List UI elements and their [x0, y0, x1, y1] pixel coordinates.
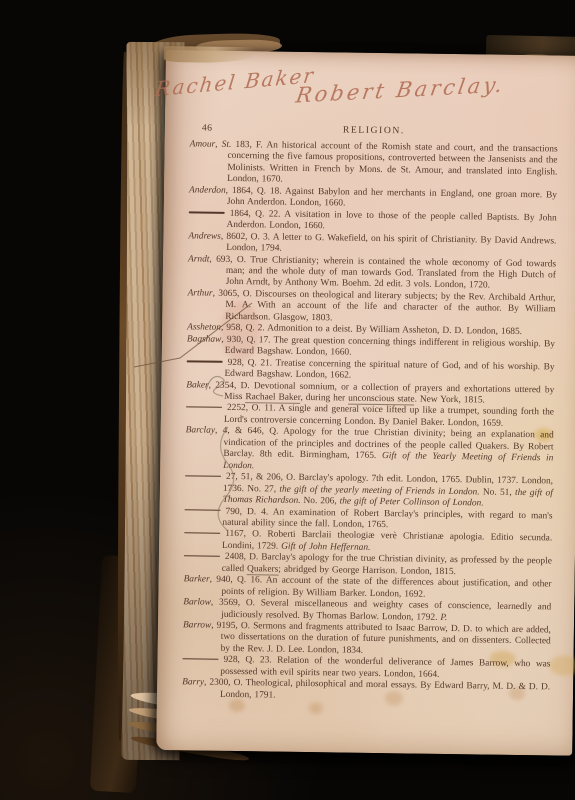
entry-text: 928, Q. 21. Treatise concerning the spir…	[224, 358, 554, 381]
printed-page-content: 46 RELIGION. Amour, St. 183, F. An histo…	[182, 122, 558, 705]
entry-text: 928, Q. 23. Relation of the wonderful de…	[220, 655, 550, 679]
entry-author: Barrow	[183, 620, 211, 630]
entry-text: , 8602, O. 3. A letter to G. Wakefield, …	[221, 231, 557, 253]
catalog-entry: Barrow, 9195, O. Sermons and fragments a…	[183, 620, 551, 659]
entry-text: , 1864, Q. 18. Against Babylon and her m…	[226, 186, 557, 209]
entry-text: 1864, Q. 22. A visitation in love to tho…	[226, 209, 556, 232]
photograph-of-book-page: 46 RELIGION. Amour, St. 183, F. An histo…	[0, 0, 575, 800]
foxing-stain	[309, 702, 323, 714]
entry-author: Arthur	[188, 288, 213, 298]
entry-text: , 930, Q. 17. The great question concern…	[221, 335, 555, 358]
entry-text: P.	[440, 612, 447, 622]
entry-text: , during her	[300, 393, 348, 404]
ditto-dash	[184, 555, 220, 557]
foxing-stain	[549, 655, 575, 675]
entry-text: ; abridged by George Harrison. London, 1…	[278, 564, 456, 576]
entry-text: , 940, Q. 16. An account of the state of…	[210, 575, 552, 599]
entry-text: the gift of Peter Collinson of London.	[340, 497, 484, 509]
entry-author: Amour	[190, 139, 216, 149]
entry-author: Arndt	[188, 254, 209, 264]
catalog-entry: Arthur, 3065, O. Discourses on theologic…	[187, 288, 555, 327]
entry-text: 2252, O. 11. A single and general voice …	[224, 403, 554, 428]
entry-author: Barker	[184, 575, 210, 585]
entry-text: , 9195, O. Sermons and fragments attribu…	[211, 621, 551, 656]
entry-author: Barclay	[186, 426, 215, 436]
entry-author: Assheton	[187, 323, 221, 333]
ditto-dash	[185, 509, 221, 511]
entry-text: . New York, 1815.	[415, 394, 485, 405]
ditto-dash	[186, 406, 222, 408]
entry-author: Anderdon	[189, 185, 226, 196]
catalog-entry: 27, 51, & 206, O. Barclay's apology. 7th…	[185, 471, 553, 510]
entry-text: Rachael Baker	[245, 392, 300, 404]
entry-text: St.	[222, 140, 232, 150]
running-header: RELIGION.	[190, 122, 558, 138]
entry-author: Bagshaw	[187, 334, 222, 344]
ditto-dash	[182, 658, 218, 660]
catalog-entry: Amour, St. 183, F. An historical account…	[189, 139, 558, 190]
entry-text: 183, F. An historical account of the Rom…	[227, 140, 558, 185]
catalog-entry: Arndt, 693, O. True Christianity; wherei…	[188, 254, 556, 293]
entry-text: , 2300, O. Theological, philosophical an…	[204, 678, 550, 700]
entry-text: No. 206,	[301, 496, 340, 507]
page-head: 46 RELIGION.	[190, 122, 558, 140]
entry-text: , 693, O. True Christianity; wherein is …	[209, 254, 556, 291]
entry-text: 1167, O. Roberti Barclaii theologiæ verè…	[222, 529, 552, 551]
entry-text: 790, D. 4. An examination of Robert Barc…	[222, 506, 552, 530]
entry-text: unconscious state	[348, 394, 415, 406]
entry-text: Gift of John Heffernan.	[281, 542, 370, 553]
entry-text: Quakers	[247, 564, 278, 575]
catalog-entries: Amour, St. 183, F. An historical account…	[182, 139, 558, 705]
entry-author: Barlow	[183, 597, 211, 607]
ditto-dash	[187, 360, 223, 362]
entry-text: , 3569, O. Several miscellaneous and wei…	[211, 598, 551, 623]
book-page: 46 RELIGION. Amour, St. 183, F. An histo…	[156, 50, 575, 756]
entry-author: Barry	[182, 678, 204, 688]
entry-text: No. 51,	[480, 487, 516, 497]
entry-author: Andrews	[188, 231, 221, 241]
entry-author: Baker	[186, 380, 209, 390]
ditto-dash	[189, 211, 225, 213]
ditto-dash	[185, 475, 221, 477]
catalog-entry: Barclay, 4, & 646, Q. Apology for the tr…	[185, 426, 554, 477]
ditto-dash	[184, 532, 220, 534]
entry-text: , 3065, O. Discourses on theological and…	[213, 289, 556, 324]
